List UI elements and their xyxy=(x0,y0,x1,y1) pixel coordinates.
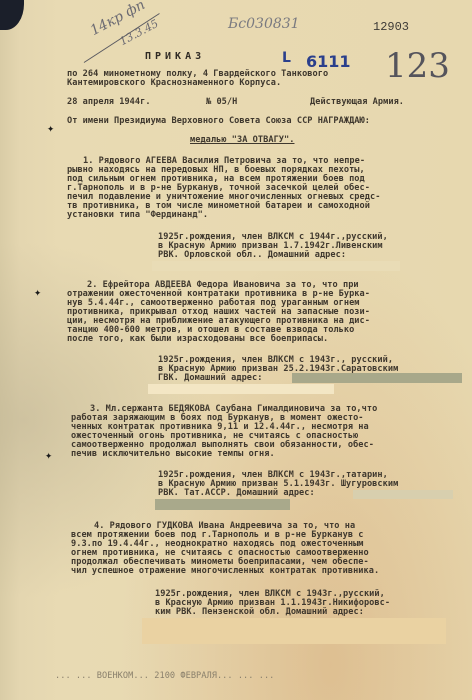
entry-4-line: чил успешное отражение многочисленных ко… xyxy=(71,567,379,576)
punch-hole-icon: ✦ xyxy=(45,449,52,461)
medal-line: медалью "ЗА ОТВАГУ". xyxy=(190,136,294,145)
punch-hole-icon: ✦ xyxy=(34,286,41,298)
presidium-line: От имени Президиума Верховного Совета Со… xyxy=(67,117,370,126)
redacted-address xyxy=(148,384,334,394)
redacted-address xyxy=(142,618,446,644)
location: Действующая Армия. xyxy=(310,98,404,107)
blue-ink-mark: L xyxy=(282,50,291,66)
order-date: 28 апреля 1944г. xyxy=(67,98,151,107)
punch-hole-icon: ✦ xyxy=(47,122,54,134)
redacted-address xyxy=(292,373,462,383)
entry-2-bio: ГВК. Домашний адрес: xyxy=(158,374,262,383)
faded-footer-text: ... ... ВОЕНКОМ... 2100 ФЕВРАЛЯ... ... .… xyxy=(55,672,274,681)
archive-code: Бс030831 xyxy=(228,16,300,32)
unit-line-2: Кантемировского Краснознаменного Корпуса… xyxy=(67,79,281,88)
entry-1-bio: РВК. Орловской обл.. Домашний адрес: xyxy=(158,251,346,260)
entry-2-line: после того, как были израсходованы все б… xyxy=(67,335,328,344)
entry-4-bio: ким РВК. Пензенской обл. Домашний адрес: xyxy=(155,608,364,617)
handwritten-page-number: 123 xyxy=(385,46,450,86)
redacted-address xyxy=(152,261,400,271)
entry-1-line: установки типа "Фердинанд". xyxy=(67,211,208,220)
redacted-address xyxy=(155,499,290,510)
page-title: ПРИКАЗ xyxy=(145,51,205,62)
stamp-number: 12903 xyxy=(373,20,409,34)
redacted-address xyxy=(353,490,453,499)
order-number: № 05/Н xyxy=(206,98,237,107)
entry-3-bio: РВК. Тат.АССР. Домашний адрес: xyxy=(158,489,315,498)
entry-3-line: печив исключительно высокие темпы огня. xyxy=(71,450,275,459)
